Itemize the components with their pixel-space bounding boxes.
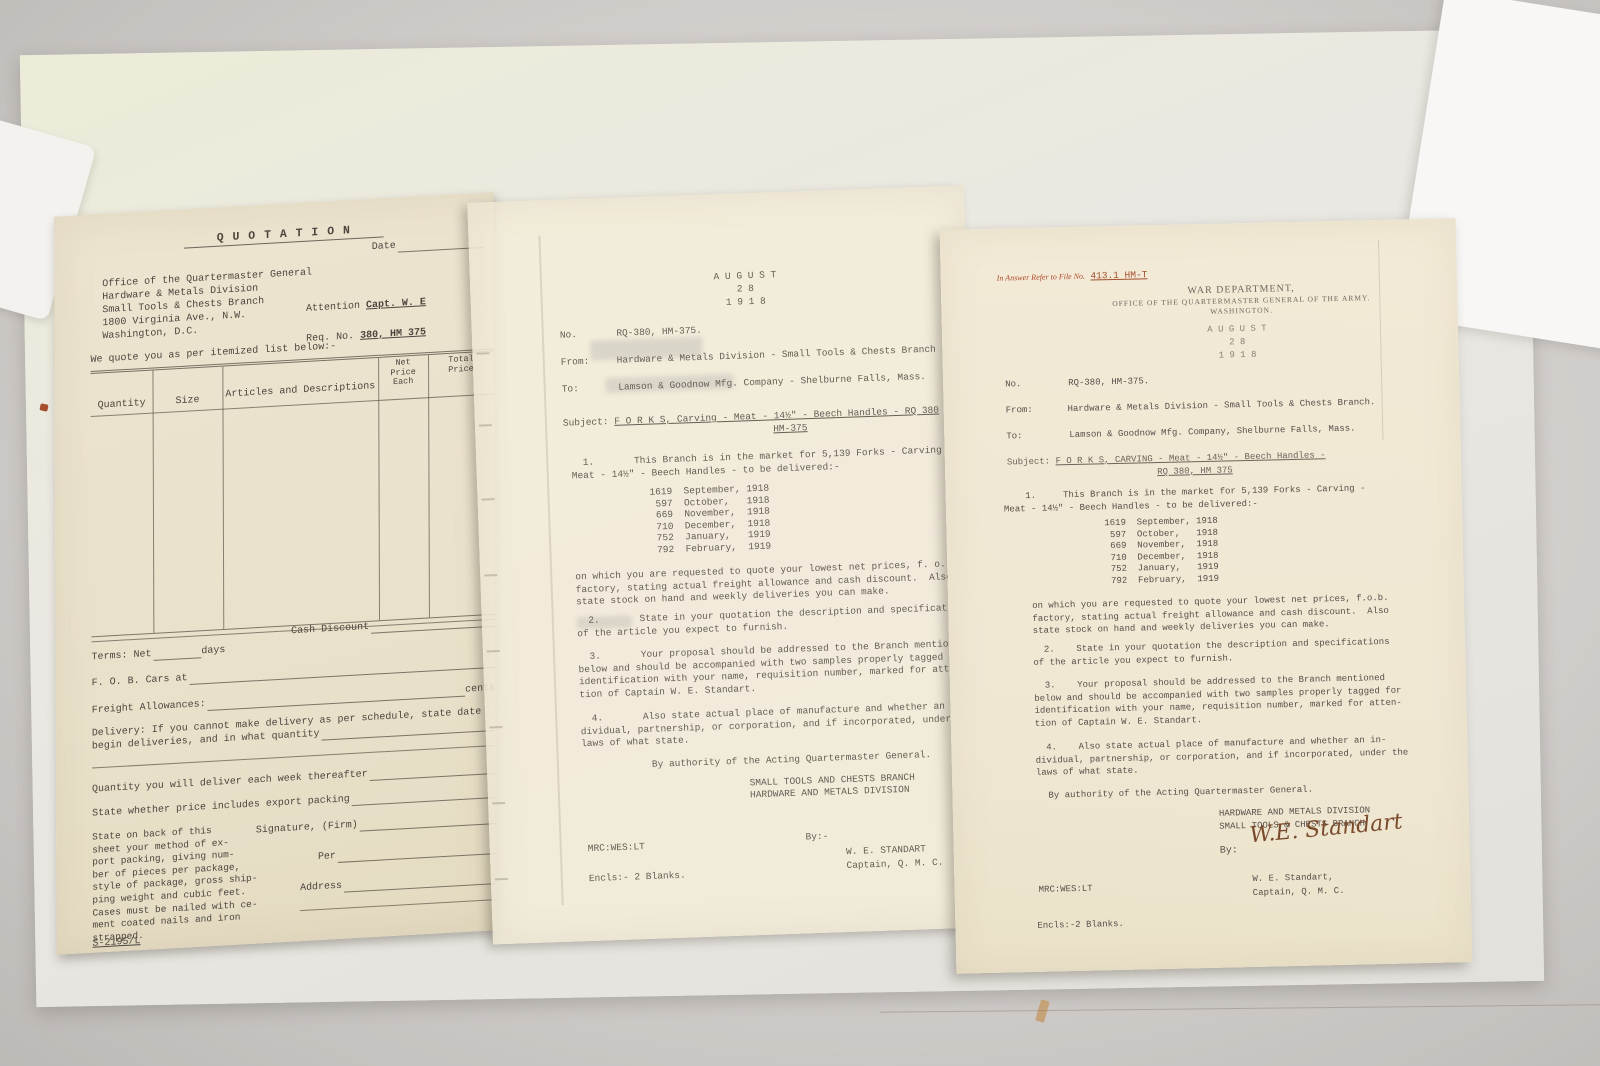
signature-line: Signature, (Firm) [256, 811, 496, 837]
per-label: Per [318, 850, 336, 864]
column-header-articles: Articles and Descriptions [222, 380, 378, 402]
enclosures-line: Encls:-2 Blanks. [1037, 918, 1124, 932]
stenographer-ref: MRC:WES:LT [588, 841, 645, 855]
date-line: Date [372, 235, 484, 254]
subject-label: Subject: [1007, 457, 1050, 468]
to-value: Lamson & Goodnow Mfg. Company, Shelburne… [1069, 424, 1355, 440]
column-header-size: Size [153, 393, 223, 410]
division-block: SMALL TOOLS AND CHESTS BRANCH HARDWARE A… [749, 772, 915, 802]
fob-blank [189, 656, 495, 685]
no-line: No. RQ-380, HM-375. [1005, 375, 1149, 391]
signer-name: W. E. STANDART [846, 843, 926, 858]
edge-dash [484, 574, 497, 576]
no-label: No. [560, 329, 577, 341]
paragraph-1b: on which you are requested to quote your… [575, 558, 958, 609]
red-speck [39, 403, 48, 412]
fob-label: F. O. B. Cars at [92, 672, 188, 690]
delivery-schedule: 1619 September, 1918 597 October, 1918 6… [649, 483, 771, 557]
subject-line-2: RQ 380, HM 375 [1157, 464, 1233, 478]
delivery-schedule: 1619 September, 1918 597 October, 1918 6… [1104, 516, 1219, 588]
terms-suffix: days [201, 644, 225, 658]
weekly-label: Quantity you will deliver each week ther… [92, 768, 368, 796]
letter-date: A U G U S T 2 8 1 9 1 8 [1152, 321, 1323, 364]
column-header-net-price: Net Price Each [378, 357, 428, 388]
authority-line: By authority of the Acting Quartermaster… [652, 749, 932, 771]
by-label: By: [1220, 845, 1238, 858]
req-value: 380, HM 375 [360, 327, 426, 342]
no-value: RQ-380, HM-375. [616, 325, 702, 339]
from-label: From: [1006, 405, 1033, 416]
paragraph-1: 1. This Branch is in the market for 5,13… [571, 444, 954, 482]
per-line: Per [318, 841, 496, 864]
date-year: 1 9 1 8 [1152, 347, 1322, 364]
to-line: To: Lamson & Goodnow Mfg. Company - Shel… [562, 371, 927, 396]
signer-name: W. E. Standart, [1252, 871, 1333, 885]
quotation-table: Quantity Size Articles and Descriptions … [91, 348, 495, 637]
date-label: Date [372, 240, 396, 254]
export-label: State whether price includes export pack… [92, 793, 350, 820]
stenographer-ref: MRC:WES:LT [1038, 883, 1092, 897]
by-label: By:- [805, 831, 828, 844]
table-column-line [222, 367, 224, 629]
signature-blank [360, 812, 496, 832]
signer-rank: Captain, Q. M. C. [1253, 885, 1345, 900]
war-department-letter: In Answer Refer to File No. 413.1 HM-T W… [940, 218, 1473, 974]
table-column-line [152, 370, 154, 632]
tissue-copy-letter: A U G U S T 2 8 1 9 1 8 No. RQ-380, HM-3… [467, 186, 990, 945]
handwritten-signature: W.E. Standart [1249, 822, 1403, 842]
from-label: From: [561, 356, 590, 368]
signer-rank: Captain, Q. M. C. [846, 857, 943, 873]
subject-line-2: HM-375 [773, 422, 808, 436]
address-extra-rule [300, 899, 496, 911]
edge-dash [482, 498, 495, 500]
quotation-form: Q U O T A T I O N Date Office of the Qua… [54, 192, 496, 955]
office-address: Office of the Quartermaster General Hard… [102, 266, 312, 343]
signature-script: W.E. Standart [1249, 816, 1403, 843]
column-header-quantity: Quantity [91, 397, 153, 413]
freight-label: Freight Allowances: [92, 698, 206, 717]
address-line: Address [300, 871, 496, 895]
form-number: S-2195/L [93, 935, 141, 951]
table-column-line [428, 355, 430, 617]
paragraph-3: 3. Your proposal should be addressed to … [578, 638, 967, 701]
file-number-line: In Answer Refer to File No. 413.1 HM-T [997, 269, 1148, 285]
packing-note: State on back of this sheet your method … [92, 821, 282, 945]
letter-date: A U G U S T 2 8 1 9 1 8 [660, 266, 831, 311]
file-number-label: In Answer Refer to File No. [997, 272, 1085, 283]
paragraph-4: 4. Also state actual place of manufactur… [1035, 733, 1408, 779]
to-line: To: Lamson & Goodnow Mfg. Company, Shelb… [1006, 423, 1355, 443]
from-value: Hardware & Metals Division - Small Tools… [1067, 397, 1375, 414]
subject-value-1: F O R K S, CARVING - Meat - 14½" - Beech… [1055, 450, 1325, 466]
address-label: Address [300, 880, 342, 895]
backing-sheet-edge-line [880, 1004, 1600, 1013]
paragraph-2: 2. State in your quotation the descripti… [577, 602, 971, 641]
export-blank [352, 786, 496, 806]
paper-crease [1378, 240, 1384, 440]
paragraph-2: 2. State in your quotation the descripti… [1033, 636, 1390, 669]
edge-dash [495, 878, 508, 880]
freight-blank [208, 685, 466, 711]
paragraph-4: 4. Also state actual place of manufactur… [580, 700, 969, 751]
edge-dash [476, 352, 489, 354]
no-value: RQ-380, HM-375. [1068, 376, 1149, 388]
edge-dash [489, 726, 502, 728]
attention-value: Capt. W. E [366, 297, 426, 311]
subject-label: Subject: [563, 416, 609, 429]
attention-line: Attention Capt. W. E [306, 296, 426, 316]
per-blank [338, 842, 496, 863]
edge-dash [479, 424, 492, 426]
paragraph-1b: on which you are requested to quote your… [1032, 592, 1389, 638]
subject-line: Subject: F O R K S, Carving - Meat - 14½… [563, 405, 939, 431]
terms-blank [153, 646, 201, 661]
weekly-blank [370, 762, 496, 781]
quotation-title: Q U O T A T I O N [184, 222, 384, 248]
attention-label: Attention [306, 301, 360, 315]
address-blank [344, 872, 496, 893]
terms-line: Terms: Net days [92, 643, 242, 664]
authority-line: By authority of the Acting Quartermaster… [1048, 784, 1313, 803]
no-label: No. [1005, 379, 1021, 389]
enclosures-line: Encls:- 2 Blanks. [589, 870, 686, 886]
terms-label: Terms: Net [92, 648, 152, 664]
paragraph-1: 1. This Branch is in the market for 5,13… [1004, 482, 1366, 515]
table-column-line [378, 358, 380, 620]
letterhead: WAR DEPARTMENT, OFFICE OF THE QUARTERMAS… [1061, 281, 1422, 321]
to-label: To: [1006, 431, 1022, 441]
file-number-value: 413.1 HM-T [1090, 269, 1147, 281]
to-value: Lamson & Goodnow Mfg. Company - Shelburn… [618, 371, 926, 393]
from-line: From: Hardware & Metals Division - Small… [1006, 396, 1376, 417]
paragraph-3: 3. Your proposal should be addressed to … [1034, 672, 1402, 730]
edge-dash [487, 650, 500, 652]
edge-dash [492, 802, 505, 804]
to-label: To: [562, 383, 579, 395]
photo-of-documents: Q U O T A T I O N Date Office of the Qua… [0, 0, 1600, 1066]
